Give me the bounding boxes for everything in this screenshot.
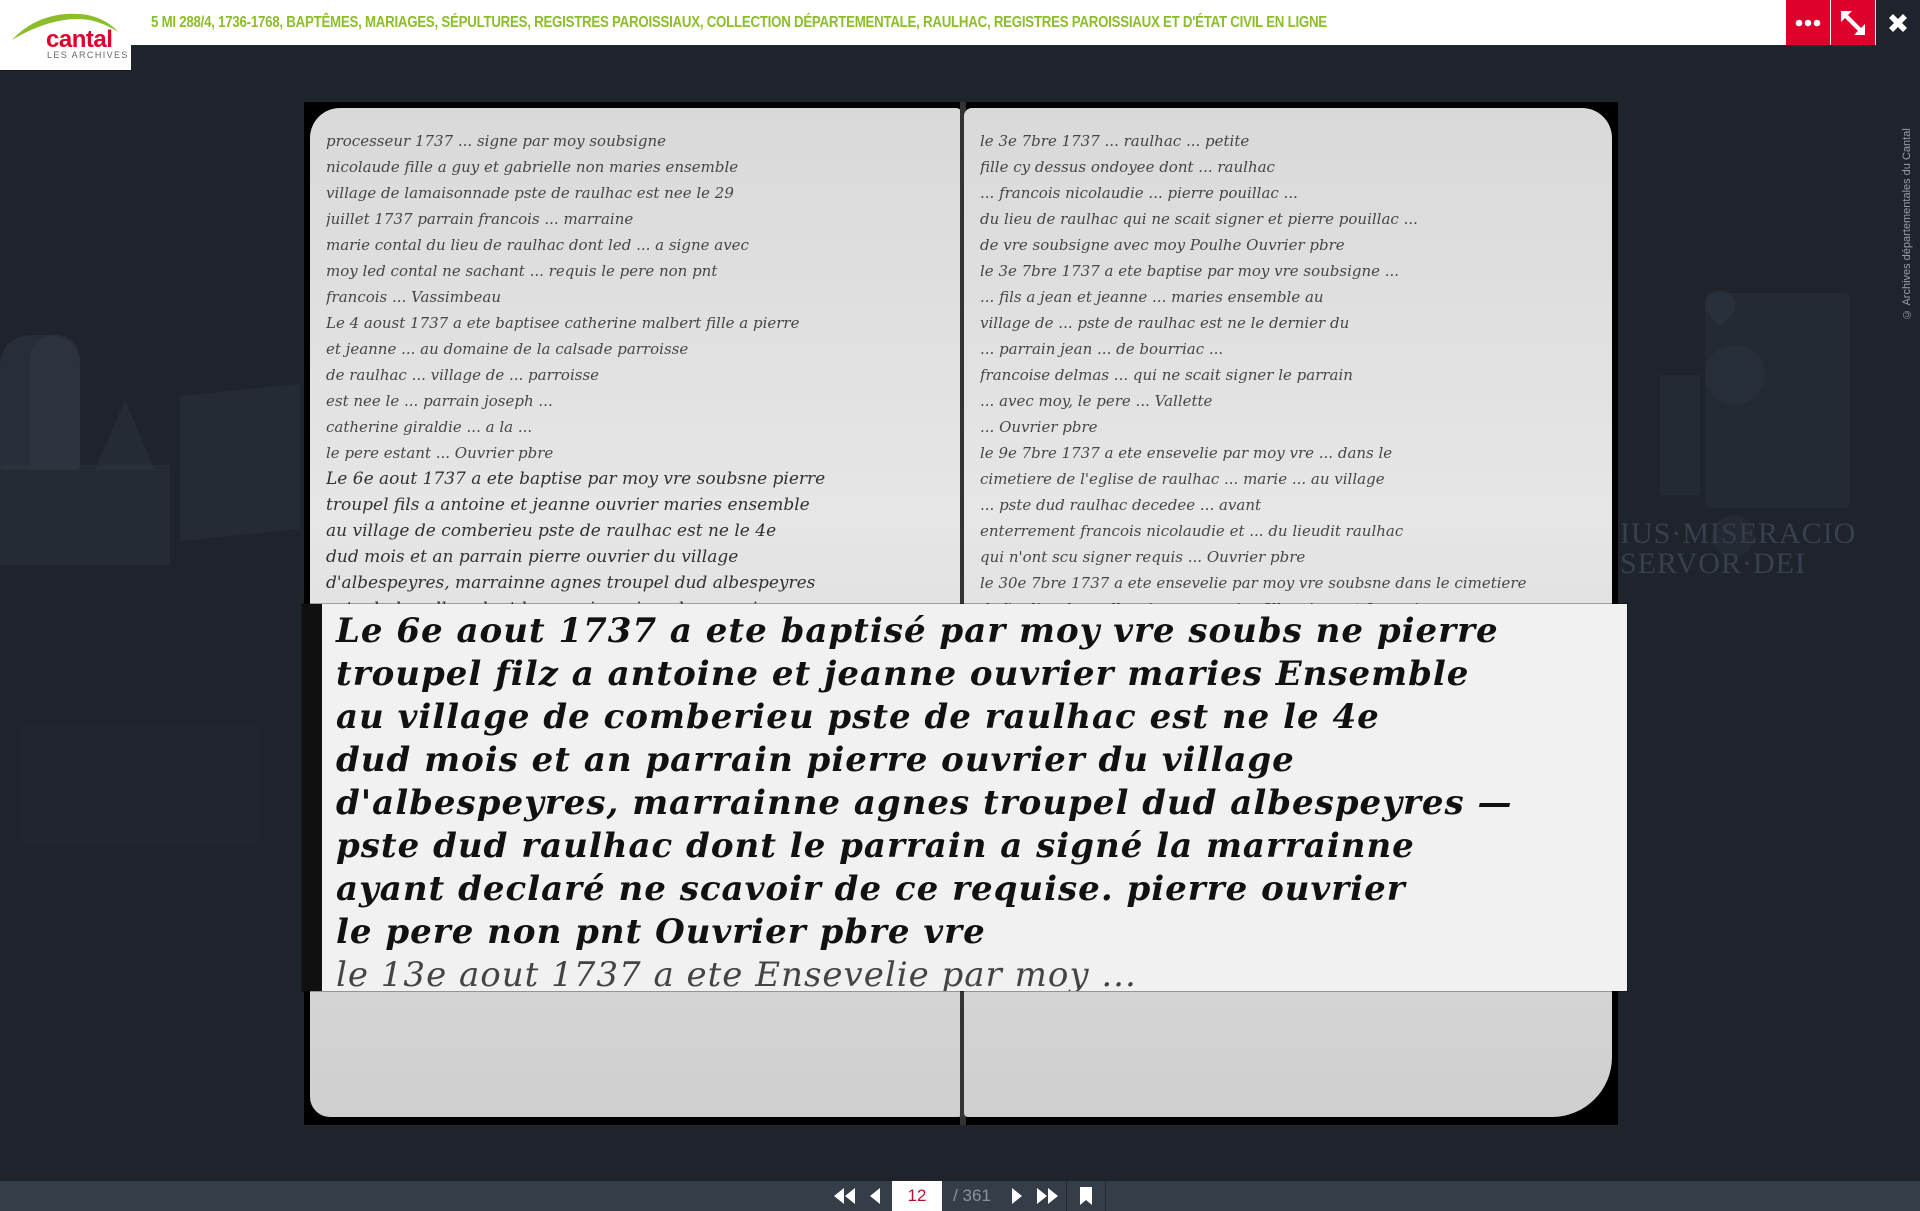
bg-shape <box>20 725 260 845</box>
bg-inscription-2: SERVOR·DEI <box>1620 547 1806 581</box>
handwritten-line: ... francois nicolaudie ... pierre pouil… <box>980 180 1596 206</box>
bottom-toolbar: / 361 <box>0 1181 1920 1211</box>
handwritten-line: de vre soubsigne avec moy Poulhe Ouvrier… <box>980 232 1596 258</box>
handwritten-line: le 30e 7bre 1737 a ete ensevelie par moy… <box>980 570 1596 596</box>
handwritten-line: Le 4 aoust 1737 a ete baptisee catherine… <box>326 310 946 336</box>
logo-subtitle: LES ARCHIVES <box>47 50 129 60</box>
magnifier-lens[interactable]: Le 6e aout 1737 a ete baptisé par moy vr… <box>302 604 1627 991</box>
fullscreen-button[interactable] <box>1831 0 1875 45</box>
handwritten-line: village de ... pste de raulhac est ne le… <box>980 310 1596 336</box>
magnified-text: Le 6e aout 1737 a ete baptisé par moy vr… <box>336 610 1617 991</box>
handwritten-line: le 3e 7bre 1737 ... raulhac ... petite <box>980 128 1596 154</box>
handwritten-line: du lieu de raulhac qui ne scait signer e… <box>980 206 1596 232</box>
emblem-silhouette <box>1705 345 1765 405</box>
ellipsis-icon <box>1795 19 1821 27</box>
heart-icon <box>1699 284 1741 326</box>
handwritten-line: est nee le ... parrain joseph ... <box>326 388 946 414</box>
handwritten-line: le pere estant ... Ouvrier pbre <box>326 440 946 466</box>
handwritten-line: ayant declaré ne scavoir de ce requise. … <box>336 868 1617 911</box>
bookmark-button[interactable] <box>1071 1181 1101 1211</box>
handwritten-line: village de lamaisonnade pste de raulhac … <box>326 180 946 206</box>
handwritten-line: marie contal du lieu de raulhac dont led… <box>326 232 946 258</box>
figure-silhouette <box>30 335 80 470</box>
church-roof <box>95 400 155 470</box>
header-bar: cantal LES ARCHIVES 5 MI 288/4, 1736-176… <box>0 0 1920 45</box>
handwritten-line: Le 6e aout 1737 a ete baptisé par moy vr… <box>336 610 1617 653</box>
double-chevron-right-icon <box>1035 1187 1059 1205</box>
copyright-notice: © Archives départementales du Cantal <box>1900 80 1914 320</box>
handwritten-line: processeur 1737 ... signe par moy soubsi… <box>326 128 946 154</box>
pager: / 361 <box>830 1181 1110 1211</box>
camera-silhouette <box>180 384 300 542</box>
first-page-button[interactable] <box>830 1181 860 1211</box>
lens-page-edge <box>302 604 322 991</box>
close-x-icon <box>1886 11 1910 35</box>
king-card-silhouette <box>1705 293 1850 508</box>
handwritten-line: d'albespeyres, marrainne agnes troupel d… <box>326 570 946 596</box>
handwritten-line: le 3e 7bre 1737 a ete baptise par moy vr… <box>980 258 1596 284</box>
handwritten-line: le 13e aout 1737 a ete Ensevelie par moy… <box>336 954 1617 991</box>
figure-silhouette <box>0 335 80 470</box>
next-page-button[interactable] <box>1002 1181 1032 1211</box>
logo[interactable]: cantal LES ARCHIVES <box>0 0 131 70</box>
double-chevron-left-icon <box>833 1187 857 1205</box>
handwritten-line: catherine giraldie ... a la ... <box>326 414 946 440</box>
more-options-button[interactable] <box>1786 0 1830 45</box>
handwritten-line: au village de comberieu pste de raulhac … <box>336 696 1617 739</box>
handwritten-line: nicolaude fille a guy et gabrielle non m… <box>326 154 946 180</box>
page-number-input[interactable] <box>892 1181 942 1211</box>
handwritten-line: pste dud raulhac dont le parrain a signé… <box>336 825 1617 868</box>
handwritten-line: ... pste dud raulhac decedee ... avant <box>980 492 1596 518</box>
handwritten-line: dud mois et an parrain pierre ouvrier du… <box>326 544 946 570</box>
handwritten-line: francois ... Vassimbeau <box>326 284 946 310</box>
previous-page-button[interactable] <box>860 1181 890 1211</box>
handwritten-line: dud mois et an parrain pierre ouvrier du… <box>336 739 1617 782</box>
handwritten-line: ... fils a jean et jeanne ... maries ens… <box>980 284 1596 310</box>
bg-inscription-1: IUS·MISERACIO <box>1620 517 1856 551</box>
bookmark-icon <box>1079 1186 1093 1206</box>
column-silhouette <box>1660 375 1700 495</box>
handwritten-line: cimetiere de l'eglise de raulhac ... mar… <box>980 466 1596 492</box>
handwritten-line: le 9e 7bre 1737 a ete ensevelie par moy … <box>980 440 1596 466</box>
handwritten-line: moy led contal ne sachant ... requis le … <box>326 258 946 284</box>
handwritten-line: troupel filz a antoine et jeanne ouvrier… <box>336 653 1617 696</box>
triangle-left-icon <box>869 1187 881 1205</box>
toolbar-divider <box>1105 1181 1106 1211</box>
seal-silhouette <box>1712 515 1754 557</box>
church-silhouette <box>0 465 170 565</box>
handwritten-line: d'albespeyres, marrainne agnes troupel d… <box>336 782 1617 825</box>
toolbar-divider <box>1066 1181 1067 1211</box>
handwritten-line: enterrement francois nicolaudie et ... d… <box>980 518 1596 544</box>
handwritten-line: Le 6e aout 1737 a ete baptise par moy vr… <box>326 466 946 492</box>
handwritten-line: qui n'ont scu signer requis ... Ouvrier … <box>980 544 1596 570</box>
handwritten-line: le pere non pnt Ouvrier pbre vre <box>336 911 1617 954</box>
handwritten-line: au village de comberieu pste de raulhac … <box>326 518 946 544</box>
handwritten-line: fille cy dessus ondoyee dont ... raulhac <box>980 154 1596 180</box>
close-button[interactable] <box>1876 0 1920 45</box>
handwritten-line: ... avec moy, le pere ... Vallette <box>980 388 1596 414</box>
handwritten-line: francoise delmas ... qui ne scait signer… <box>980 362 1596 388</box>
handwritten-line: troupel fils a antoine et jeanne ouvrier… <box>326 492 946 518</box>
handwritten-line: ... parrain jean ... de bourriac ... <box>980 336 1596 362</box>
handwritten-line: de raulhac ... village de ... parroisse <box>326 362 946 388</box>
handwritten-line: ... Ouvrier pbre <box>980 414 1596 440</box>
expand-arrows-icon <box>1839 9 1867 37</box>
document-title: 5 MI 288/4, 1736-1768, BAPTÊMES, MARIAGE… <box>151 0 1327 45</box>
last-page-button[interactable] <box>1032 1181 1062 1211</box>
triangle-right-icon <box>1011 1187 1023 1205</box>
handwritten-line: et jeanne ... au domaine de la calsade p… <box>326 336 946 362</box>
handwritten-line: juillet 1737 parrain francois ... marrai… <box>326 206 946 232</box>
page-total: / 361 <box>942 1186 1002 1206</box>
